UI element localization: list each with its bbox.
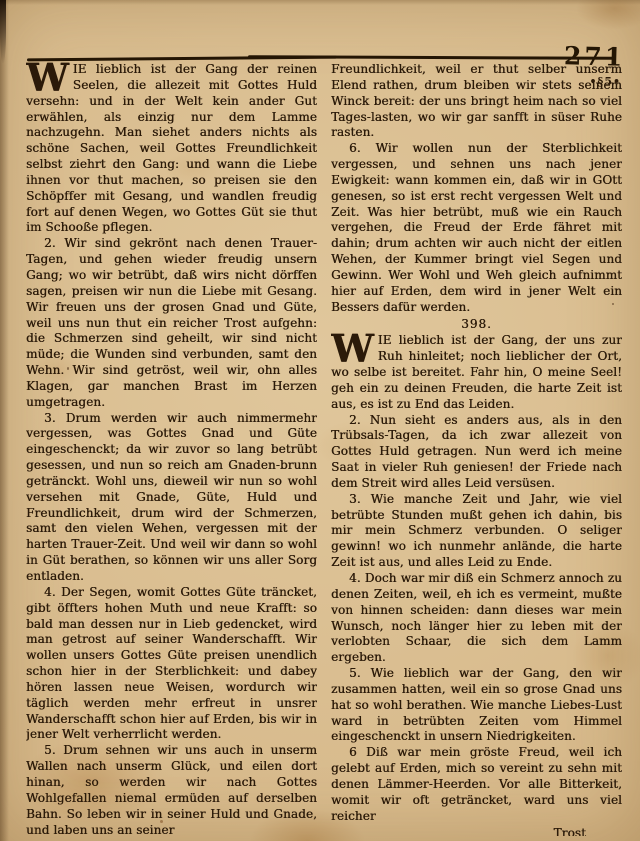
- page-left-edge-shadow: [0, 0, 9, 841]
- verse-continuation: Freundlichkeit, weil er thut selber unse…: [331, 62, 622, 141]
- verse-paragraph: 6 Diß war mein gröste Freud, weil ich ge…: [331, 745, 622, 824]
- column-right: Freundlichkeit, weil er thut selber unse…: [331, 62, 622, 836]
- verse-paragraph: 3. Wie manche Zeit und Jahr, wie viel be…: [331, 492, 622, 571]
- text-columns: WIE lieblich ist der Gang der reinen See…: [26, 62, 622, 836]
- paper-speck: [612, 303, 614, 305]
- hymn-number-heading: 398.: [331, 317, 622, 333]
- drop-cap-initial: W: [331, 335, 374, 363]
- verse-paragraph: WIE lieblich ist der Gang der reinen See…: [26, 62, 317, 236]
- verse-paragraph: 3. Drum werden wir auch nimmermehr verge…: [26, 411, 317, 585]
- catchword: Trost: [331, 826, 622, 837]
- verse-paragraph: WIE lieblich ist der Gang, der uns zur R…: [331, 333, 622, 412]
- verse-paragraph: 5. Wie lieblich war der Gang, den wir zu…: [331, 666, 622, 745]
- verse-paragraph: 4. Der Segen, womit Gottes Güte träncket…: [26, 585, 317, 743]
- verse-paragraph: 5. Drum sehnen wir uns auch in unserm Wa…: [26, 743, 317, 836]
- verse-paragraph: 6. Wir wollen nun der Sterblichkeit verg…: [331, 141, 622, 315]
- paper-speck: [521, 447, 524, 449]
- book-page: 271 •§5• WIE lieblich ist der Gang der r…: [0, 0, 640, 841]
- drop-cap-initial: W: [26, 64, 69, 92]
- column-left: WIE lieblich ist der Gang der reinen See…: [26, 62, 317, 836]
- verse-paragraph: 2. Nun sieht es anders aus, als in den T…: [331, 413, 622, 492]
- paper-speck: [303, 166, 306, 169]
- paper-speck: [160, 820, 163, 823]
- page-top-edge-shadow: [0, 0, 640, 5]
- verse-paragraph: 2. Wir sind gekrönt nach denen Trauer-Ta…: [26, 236, 317, 410]
- paper-speck: [67, 367, 69, 370]
- verse-paragraph: 4. Doch war mir diß ein Schmerz annoch z…: [331, 571, 622, 666]
- page-corner-mark: [0, 0, 6, 64]
